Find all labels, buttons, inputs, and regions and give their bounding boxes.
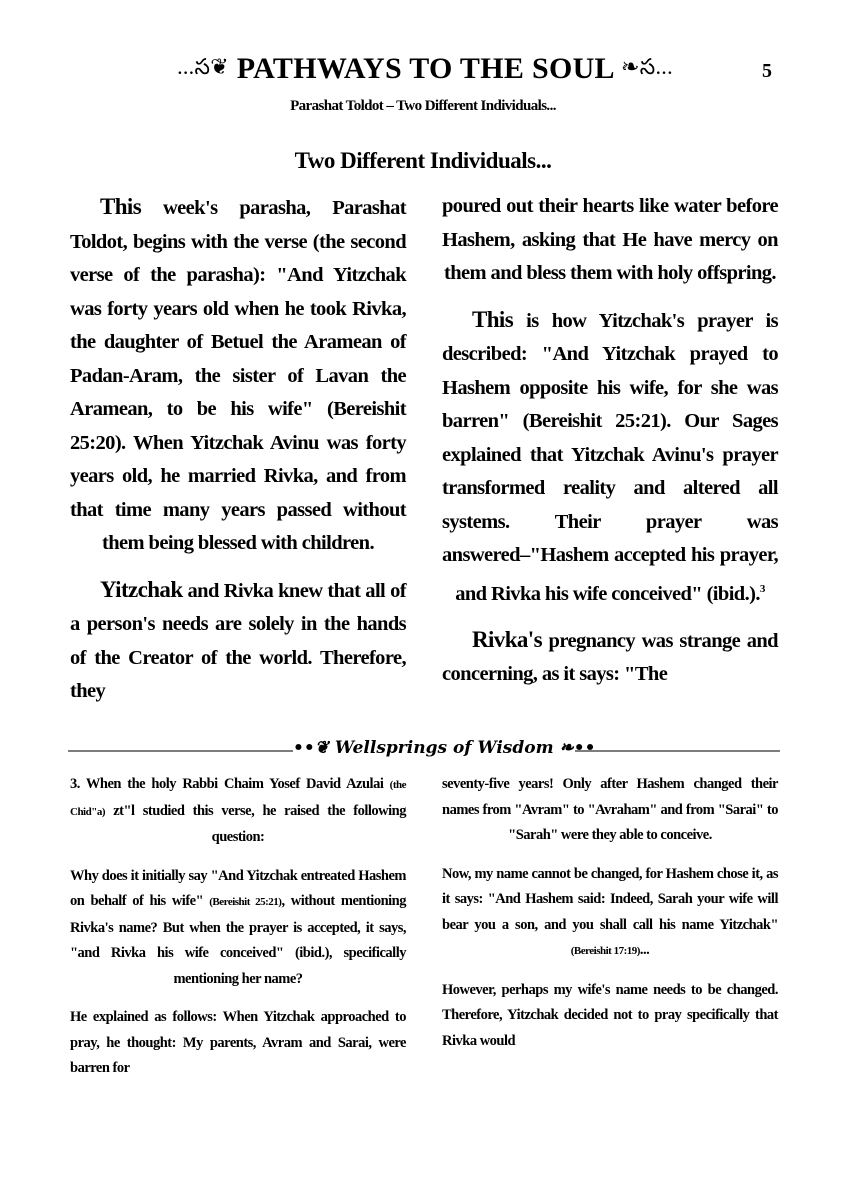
article-title: Two Different Individuals...: [0, 148, 846, 174]
book-title: ...స❦ PATHWAYS TO THE SOUL ❧స...: [130, 52, 720, 86]
paragraph-lead: This: [472, 307, 513, 332]
ornament-left-icon: ••❦: [293, 738, 335, 758]
footnote-paragraph: 3. When the holy Rabbi Chaim Yosef David…: [70, 772, 406, 851]
article-paragraph: This is how Yitzchak's prayer is describ…: [442, 303, 778, 611]
page-number: 5: [762, 60, 772, 83]
ornament-left-icon: ...స❦: [177, 54, 229, 79]
footnote-text: Now, my name cannot be changed, for Hash…: [442, 866, 778, 933]
footnote-small-text: (Bereishit 17:19): [571, 945, 640, 957]
article-paragraph: Yitzchak and Rivka knew that all of a pe…: [70, 573, 406, 709]
footnote-divider: ••❦ Wellsprings of Wisdom ❧••: [68, 740, 780, 760]
footnotes-right-column: seventy-five years! Only after Hashem ch…: [442, 772, 778, 1067]
divider-line-right: [575, 750, 780, 752]
article-paragraph: This week's parasha, Parashat Toldot, be…: [70, 190, 406, 561]
paragraph-lead: Yitzchak: [100, 577, 183, 602]
paragraph-text: is how Yitzchak's prayer is described: "…: [442, 310, 778, 605]
paragraph-lead: Rivka's: [472, 627, 542, 652]
article-left-column: This week's parasha, Parashat Toldot, be…: [70, 190, 406, 721]
running-subheader: Parashat Toldot – Two Different Individu…: [0, 98, 846, 115]
footnote-text: ...: [640, 942, 649, 958]
footnote-paragraph: Now, my name cannot be changed, for Hash…: [442, 862, 778, 965]
footnote-reference[interactable]: 3: [760, 583, 765, 595]
footnote-text: zt"l studied this verse, he raised the f…: [105, 803, 406, 846]
paragraph-lead: This: [100, 194, 141, 219]
footnote-paragraph: However, perhaps my wife's name needs to…: [442, 978, 778, 1055]
ornament-right-icon: ❧స...: [621, 54, 673, 79]
footnote-text: 3. When the holy Rabbi Chaim Yosef David…: [70, 776, 390, 792]
footnote-paragraph: seventy-five years! Only after Hashem ch…: [442, 772, 778, 849]
footnotes-left-column: 3. When the holy Rabbi Chaim Yosef David…: [70, 772, 406, 1095]
article-paragraph-continued: poured out their hearts like water befor…: [442, 190, 778, 291]
article-right-column: poured out their hearts like water befor…: [442, 190, 778, 704]
footnote-small-text: (Bereishit 25:21): [209, 896, 281, 908]
book-title-text: PATHWAYS TO THE SOUL: [237, 52, 613, 85]
page-header: ...స❦ PATHWAYS TO THE SOUL ❧స... 5: [0, 52, 846, 92]
footnote-paragraph: Why does it initially say "And Yitzchak …: [70, 864, 406, 993]
article-paragraph: Rivka's pregnancy was strange and concer…: [442, 623, 778, 692]
ornament-right-icon: ❧••: [554, 738, 596, 758]
footnote-section-title: ••❦ Wellsprings of Wisdom ❧••: [293, 738, 575, 758]
divider-line-left: [68, 750, 293, 752]
section-title-text: Wellsprings of Wisdom: [335, 738, 554, 758]
footnote-paragraph: He explained as follows: When Yitzchak a…: [70, 1005, 406, 1082]
paragraph-text: week's parasha, Parashat Toldot, begins …: [70, 197, 406, 554]
